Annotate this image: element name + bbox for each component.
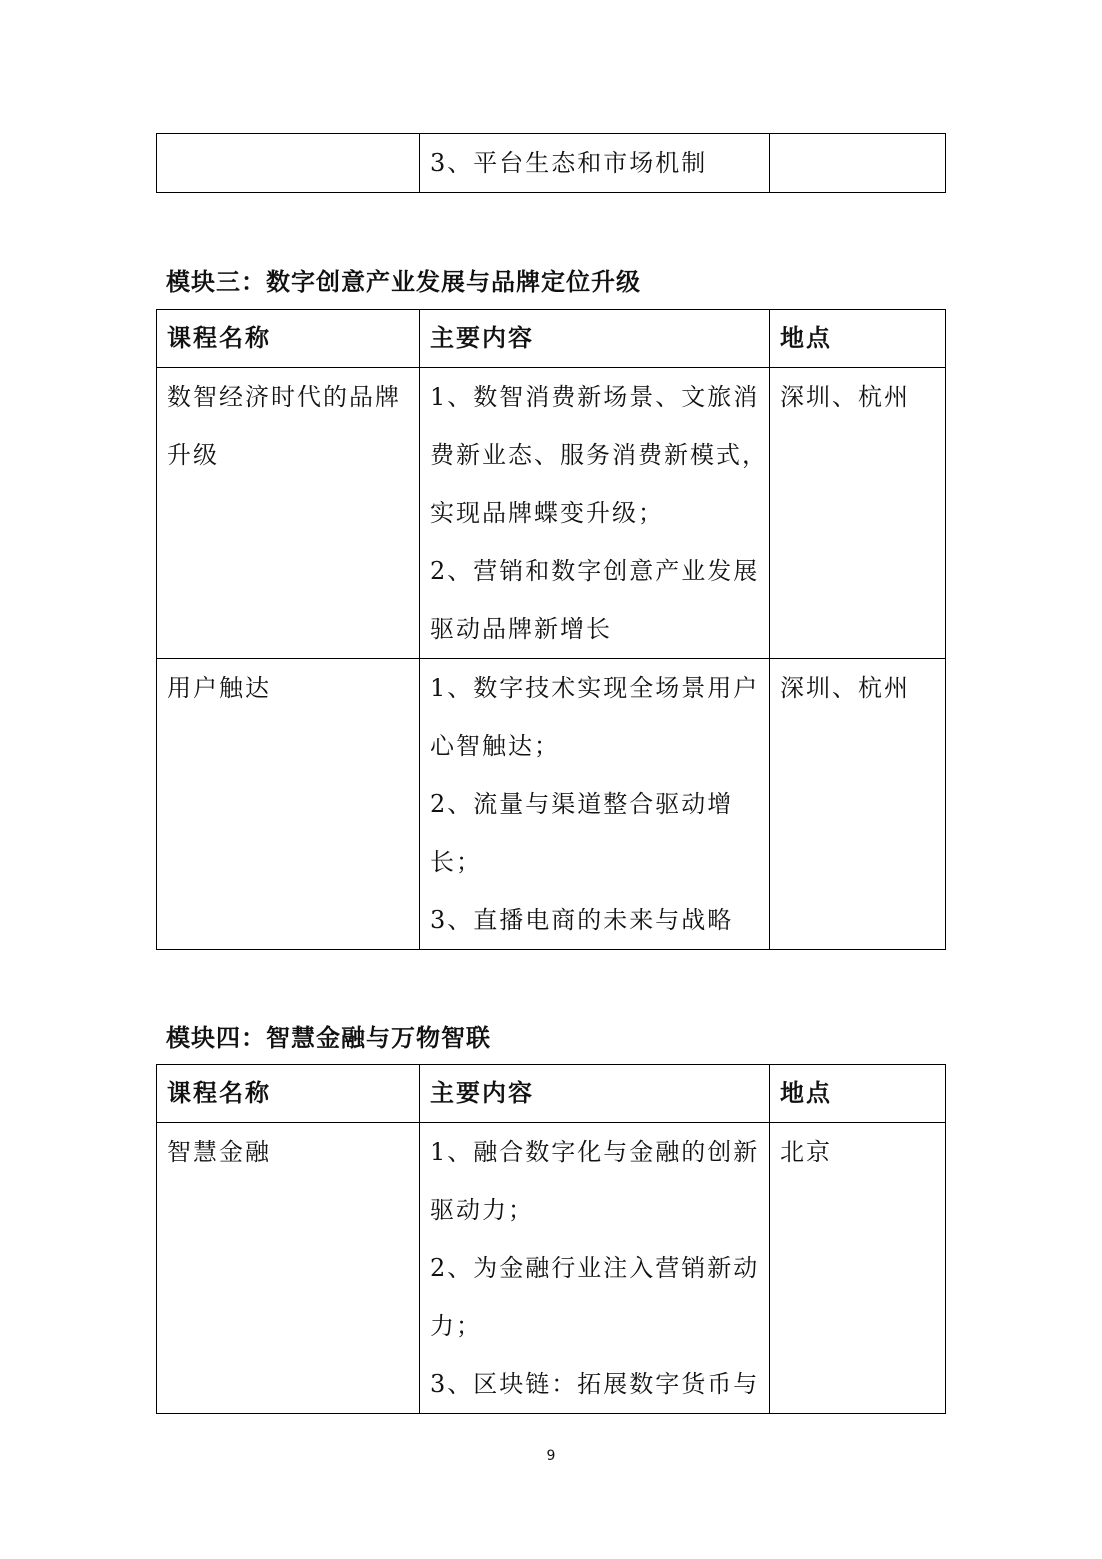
content-cell: 1、融合数字化与金融的创新 驱动力； 2、为金融行业注入营销新动 力； 3、区块… [420,1123,770,1414]
continuation-table: 3、平台生态和市场机制 [156,133,946,193]
content-cell: 1、数字技术实现全场景用户 心智触达； 2、流量与渠道整合驱动增 长； 3、直播… [420,659,770,950]
content-line: 2、营销和数字创意产业发展 [430,542,759,600]
content-line: 驱动力； [430,1181,759,1239]
content-line: 2、流量与渠道整合驱动增 [430,775,759,833]
content-line: 1、融合数字化与金融的创新 [430,1123,759,1181]
table-header-row: 课程名称 主要内容 地点 [157,1065,946,1123]
table-header-row: 课程名称 主要内容 地点 [157,310,946,368]
header-course-name: 课程名称 [157,310,420,368]
module4-heading: 模块四：智慧金融与万物智联 [166,1018,491,1053]
page-number: 9 [0,1448,1102,1464]
table-row: 数智经济时代的品牌 升级 1、数智消费新场景、文旅消 费新业态、服务消费新模式，… [157,368,946,659]
course-name-line: 升级 [167,426,409,484]
table-row: 智慧金融 1、融合数字化与金融的创新 驱动力； 2、为金融行业注入营销新动 力；… [157,1123,946,1414]
course-name-cell [157,134,420,193]
location-cell: 北京 [770,1123,946,1414]
table-row: 用户触达 1、数字技术实现全场景用户 心智触达； 2、流量与渠道整合驱动增 长；… [157,659,946,950]
course-name-line: 用户触达 [167,659,409,717]
location-cell [770,134,946,193]
table-row: 3、平台生态和市场机制 [157,134,946,193]
content-line: 2、为金融行业注入营销新动 [430,1239,759,1297]
content-line: 3、平台生态和市场机制 [430,134,759,192]
header-content: 主要内容 [420,1065,770,1123]
content-line: 3、直播电商的未来与战略 [430,891,759,949]
content-line: 力； [430,1297,759,1355]
content-line: 驱动品牌新增长 [430,600,759,658]
content-cell: 1、数智消费新场景、文旅消 费新业态、服务消费新模式， 实现品牌蝶变升级； 2、… [420,368,770,659]
module3-table: 课程名称 主要内容 地点 数智经济时代的品牌 升级 1、数智消费新场景、文旅消 … [156,309,946,950]
header-content: 主要内容 [420,310,770,368]
module4-table: 课程名称 主要内容 地点 智慧金融 1、融合数字化与金融的创新 驱动力； 2、为… [156,1064,946,1414]
content-line: 长； [430,833,759,891]
location-text: 深圳、杭州 [780,659,935,717]
content-line: 3、区块链：拓展数字货币与 [430,1355,759,1413]
location-text: 北京 [780,1123,935,1181]
course-name-cell: 用户触达 [157,659,420,950]
location-cell: 深圳、杭州 [770,368,946,659]
location-text: 深圳、杭州 [780,368,935,426]
header-location: 地点 [770,310,946,368]
content-cell: 3、平台生态和市场机制 [420,134,770,193]
course-name-cell: 智慧金融 [157,1123,420,1414]
module3-heading: 模块三：数字创意产业发展与品牌定位升级 [166,262,641,297]
header-course-name: 课程名称 [157,1065,420,1123]
content-line: 实现品牌蝶变升级； [430,484,759,542]
header-location: 地点 [770,1065,946,1123]
content-line: 1、数智消费新场景、文旅消 [430,368,759,426]
content-line: 费新业态、服务消费新模式， [430,426,759,484]
content-line: 1、数字技术实现全场景用户 [430,659,759,717]
content-line: 心智触达； [430,717,759,775]
course-name-line: 数智经济时代的品牌 [167,368,409,426]
course-name-cell: 数智经济时代的品牌 升级 [157,368,420,659]
location-cell: 深圳、杭州 [770,659,946,950]
course-name-line: 智慧金融 [167,1123,409,1181]
